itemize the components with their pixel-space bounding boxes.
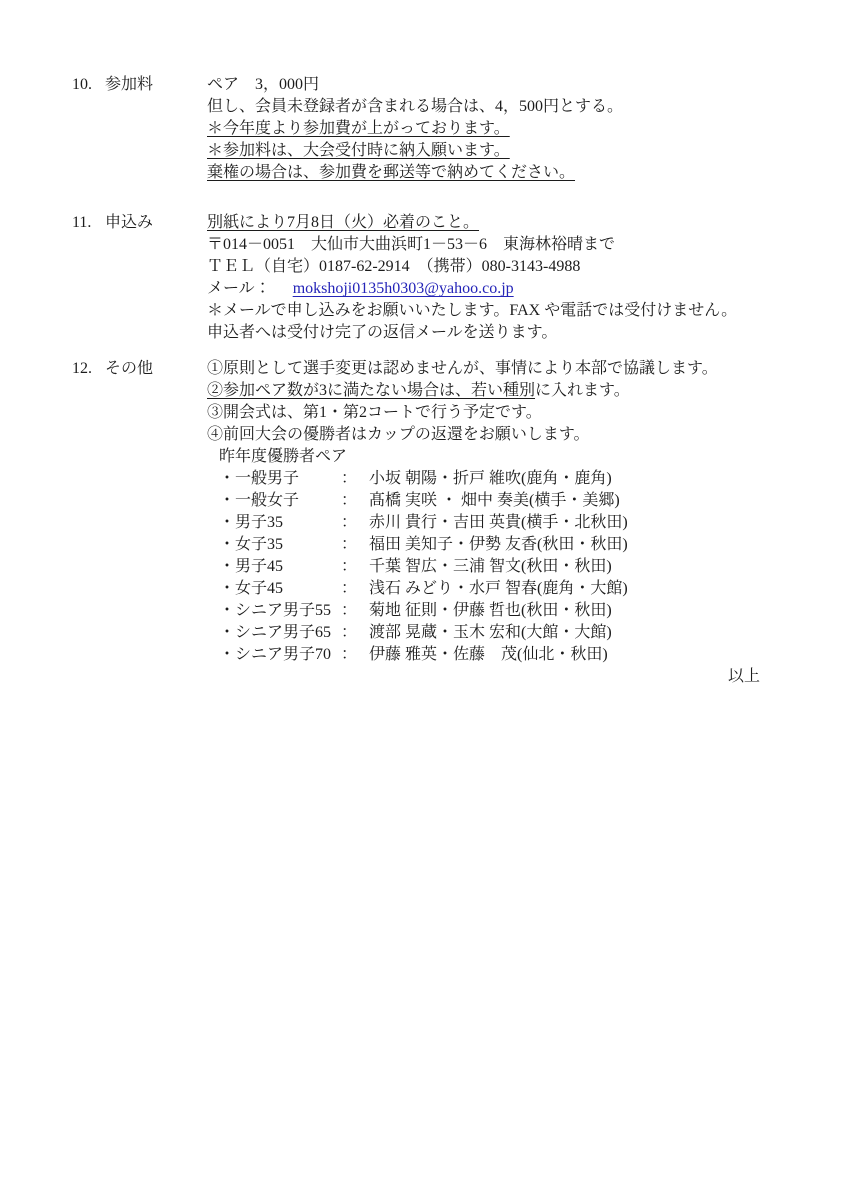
winner-pair: 浅石 みどり・水戸 智春(鹿角・大館)	[369, 578, 628, 600]
section-10-fee: 10.参加料 ペア 3，000円 但し、会員未登録者が含まれる場合は、4，500…	[72, 74, 785, 184]
address-line: 〒014－0051 大仙市大曲浜町1－53－6 東海林裕晴まで	[207, 234, 785, 256]
winner-colon: ：	[341, 490, 357, 512]
email-line: メール：mokshoji0135h0303@yahoo.co.jp	[207, 278, 785, 300]
section-12-number: 12.	[72, 358, 105, 380]
section-10-content: ペア 3，000円 但し、会員未登録者が含まれる場合は、4，500円とする。 ＊…	[207, 74, 785, 184]
section-12-label: 12.その他	[72, 358, 207, 380]
section-11-label: 11.申込み	[72, 212, 207, 234]
winner-category: ・女子45	[219, 578, 341, 600]
winner-pair: 渡部 晃蔵・玉木 宏和(大館・大館)	[369, 622, 612, 644]
winner-colon: ：	[341, 622, 357, 644]
winner-colon: ：	[341, 534, 357, 556]
section-10-number: 10.	[72, 74, 105, 96]
winner-row-senior-men-65: ・シニア男子65：渡部 晃蔵・玉木 宏和(大館・大館)	[219, 622, 785, 644]
fee-unregistered-line: 但し、会員未登録者が含まれる場合は、4，500円とする。	[207, 96, 785, 118]
winner-category: ・一般男子	[219, 468, 341, 490]
application-deadline-line: 別紙により7月8日（火）必着のこと。	[207, 214, 479, 231]
fee-pair-line: ペア 3，000円	[207, 74, 785, 96]
winner-row-women-35: ・女子35：福田 美知子・伊勢 友香(秋田・秋田)	[219, 534, 785, 556]
winner-pair: 福田 美知子・伊勢 友香(秋田・秋田)	[369, 534, 628, 556]
winner-colon: ：	[341, 644, 357, 666]
other-item-4: ④前回大会の優勝者はカップの返還をお願いします。	[207, 424, 785, 446]
winner-category: ・シニア男子70	[219, 644, 341, 666]
winner-row-men-35: ・男子35：赤川 貴行・吉田 英貴(横手・北秋田)	[219, 512, 785, 534]
winner-category: ・一般女子	[219, 490, 341, 512]
section-11-content: 別紙により7月8日（火）必着のこと。 〒014－0051 大仙市大曲浜町1－53…	[207, 212, 785, 344]
other-item-1: ①原則として選手変更は認めませんが、事情により本部で協議します。	[207, 358, 785, 380]
email-label: メール：	[207, 278, 271, 300]
fee-note-payment: ＊参加料は、大会受付時に納入願います。	[207, 142, 510, 159]
winner-category: ・シニア男子55	[219, 600, 341, 622]
section-10-label: 10.参加料	[72, 74, 207, 96]
closing-text: 以上	[72, 666, 760, 688]
section-10-title: 参加料	[105, 76, 153, 93]
email-note-line: ＊メールで申し込みをお願いいたします。FAX や電話では受付けません。	[207, 300, 785, 322]
winner-row-senior-men-70: ・シニア男子70：伊藤 雅英・佐藤 茂(仙北・秋田)	[219, 644, 785, 666]
winner-pair: 菊地 征則・伊藤 哲也(秋田・秋田)	[369, 600, 612, 622]
winner-colon: ：	[341, 468, 357, 490]
winner-pair: 千葉 智広・三浦 智文(秋田・秋田)	[369, 556, 612, 578]
winner-row-general-men: ・一般男子：小坂 朝陽・折戸 維吹(鹿角・鹿角)	[219, 468, 785, 490]
winner-row-senior-men-55: ・シニア男子55：菊地 征則・伊藤 哲也(秋田・秋田)	[219, 600, 785, 622]
other-item-2-underlined: ②参加ペア数が3に満たない場合は、若い種別	[207, 382, 535, 399]
section-11-title: 申込み	[105, 214, 153, 231]
winners-heading: 昨年度優勝者ペア	[219, 446, 785, 468]
other-item-3: ③開会式は、第1・第2コートで行う予定です。	[207, 402, 785, 424]
winner-row-women-45: ・女子45：浅石 みどり・水戸 智春(鹿角・大館)	[219, 578, 785, 600]
section-11-application: 11.申込み 別紙により7月8日（火）必着のこと。 〒014－0051 大仙市大…	[72, 212, 785, 344]
winner-pair: 小坂 朝陽・折戸 維吹(鹿角・鹿角)	[369, 468, 612, 490]
winner-category: ・シニア男子65	[219, 622, 341, 644]
winner-colon: ：	[341, 512, 357, 534]
winner-category: ・男子45	[219, 556, 341, 578]
section-12-other: 12.その他 ①原則として選手変更は認めませんが、事情により本部で協議します。 …	[72, 358, 785, 666]
reply-note-line: 申込者へは受付け完了の返信メールを送ります。	[207, 322, 785, 344]
fee-note-increase: ＊今年度より参加費が上がっております。	[207, 120, 510, 137]
winner-category: ・女子35	[219, 534, 341, 556]
winner-pair: 伊藤 雅英・佐藤 茂(仙北・秋田)	[369, 644, 608, 666]
winner-colon: ：	[341, 600, 357, 622]
section-11-number: 11.	[72, 212, 105, 234]
section-12-content: ①原則として選手変更は認めませんが、事情により本部で協議します。 ②参加ペア数が…	[207, 358, 785, 666]
section-12-title: その他	[105, 360, 153, 377]
winner-pair: 髙橋 実咲 ・ 畑中 奏美(横手・美郷)	[369, 490, 620, 512]
email-link[interactable]: mokshoji0135h0303@yahoo.co.jp	[293, 280, 514, 297]
winner-category: ・男子35	[219, 512, 341, 534]
winner-colon: ：	[341, 556, 357, 578]
tel-line: ＴＥＬ（自宅）0187-62-2914 （携帯）080-3143-4988	[207, 256, 785, 278]
other-item-2-rest: に入れます。	[535, 382, 630, 399]
document-page: 10.参加料 ペア 3，000円 但し、会員未登録者が含まれる場合は、4，500…	[0, 0, 849, 1200]
winner-row-men-45: ・男子45：千葉 智広・三浦 智文(秋田・秋田)	[219, 556, 785, 578]
winner-row-general-women: ・一般女子：髙橋 実咲 ・ 畑中 奏美(横手・美郷)	[219, 490, 785, 512]
other-item-2: ②参加ペア数が3に満たない場合は、若い種別に入れます。	[207, 380, 785, 402]
winner-pair: 赤川 貴行・吉田 英貴(横手・北秋田)	[369, 512, 628, 534]
winners-block: 昨年度優勝者ペア ・一般男子：小坂 朝陽・折戸 維吹(鹿角・鹿角) ・一般女子：…	[207, 446, 785, 666]
fee-note-withdrawal: 棄権の場合は、参加費を郵送等で納めてください。	[207, 164, 575, 181]
winner-colon: ：	[341, 578, 357, 600]
